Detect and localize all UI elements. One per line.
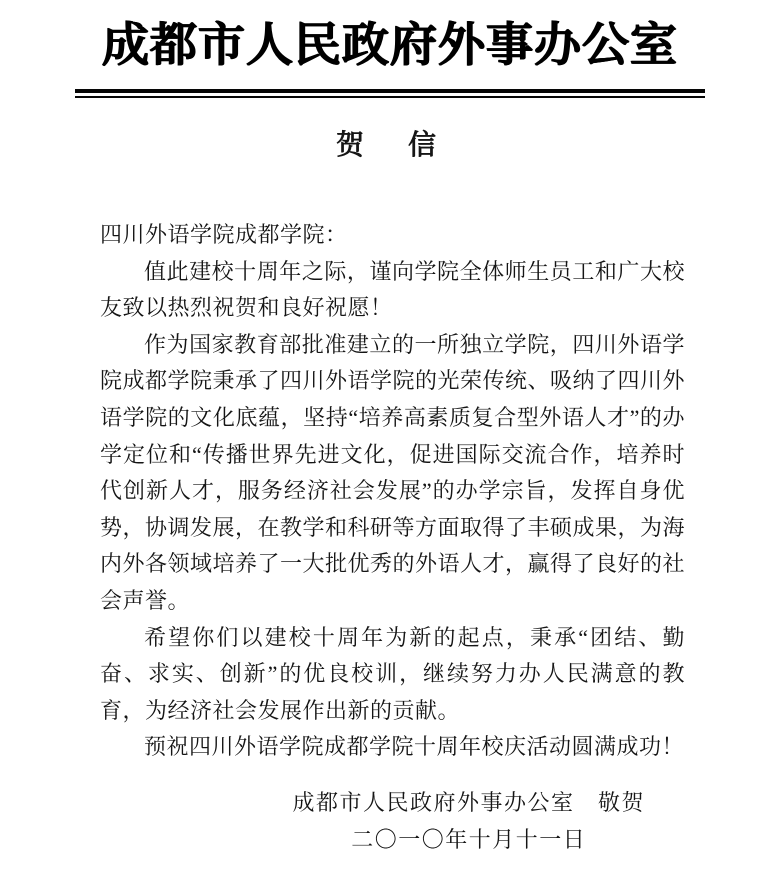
letterhead-title: 成都市人民政府外事办公室 <box>0 14 780 76</box>
salutation-line: 四川外语学院成都学院： <box>100 217 685 254</box>
body-paragraph: 值此建校十周年之际，谨向学院全体师生员工和广大校友致以热烈祝贺和良好祝愿！ <box>100 254 685 327</box>
body-paragraph: 预祝四川外语学院成都学院十周年校庆活动圆满成功！ <box>100 729 685 766</box>
date-line: 二〇一〇年十月十一日 <box>292 821 645 858</box>
letterhead-divider <box>75 89 705 98</box>
page-title: 贺 信 <box>0 132 780 160</box>
signature-block: 成都市人民政府外事办公室 敬贺 二〇一〇年十月十一日 <box>0 784 780 858</box>
signature-line: 成都市人民政府外事办公室 敬贺 <box>292 784 645 821</box>
body-paragraph: 希望你们以建校十周年为新的起点，秉承“团结、勤奋、求实、创新”的优良校训，继续努… <box>100 620 685 730</box>
scanned-letter-page: 成都市人民政府外事办公室 贺 信 四川外语学院成都学院： 值此建校十周年之际，谨… <box>0 0 780 880</box>
letter-body: 四川外语学院成都学院： 值此建校十周年之际，谨向学院全体师生员工和广大校友致以热… <box>100 217 685 766</box>
body-paragraph: 作为国家教育部批准建立的一所独立学院，四川外语学院成都学院秉承了四川外语学院的光… <box>100 327 685 620</box>
